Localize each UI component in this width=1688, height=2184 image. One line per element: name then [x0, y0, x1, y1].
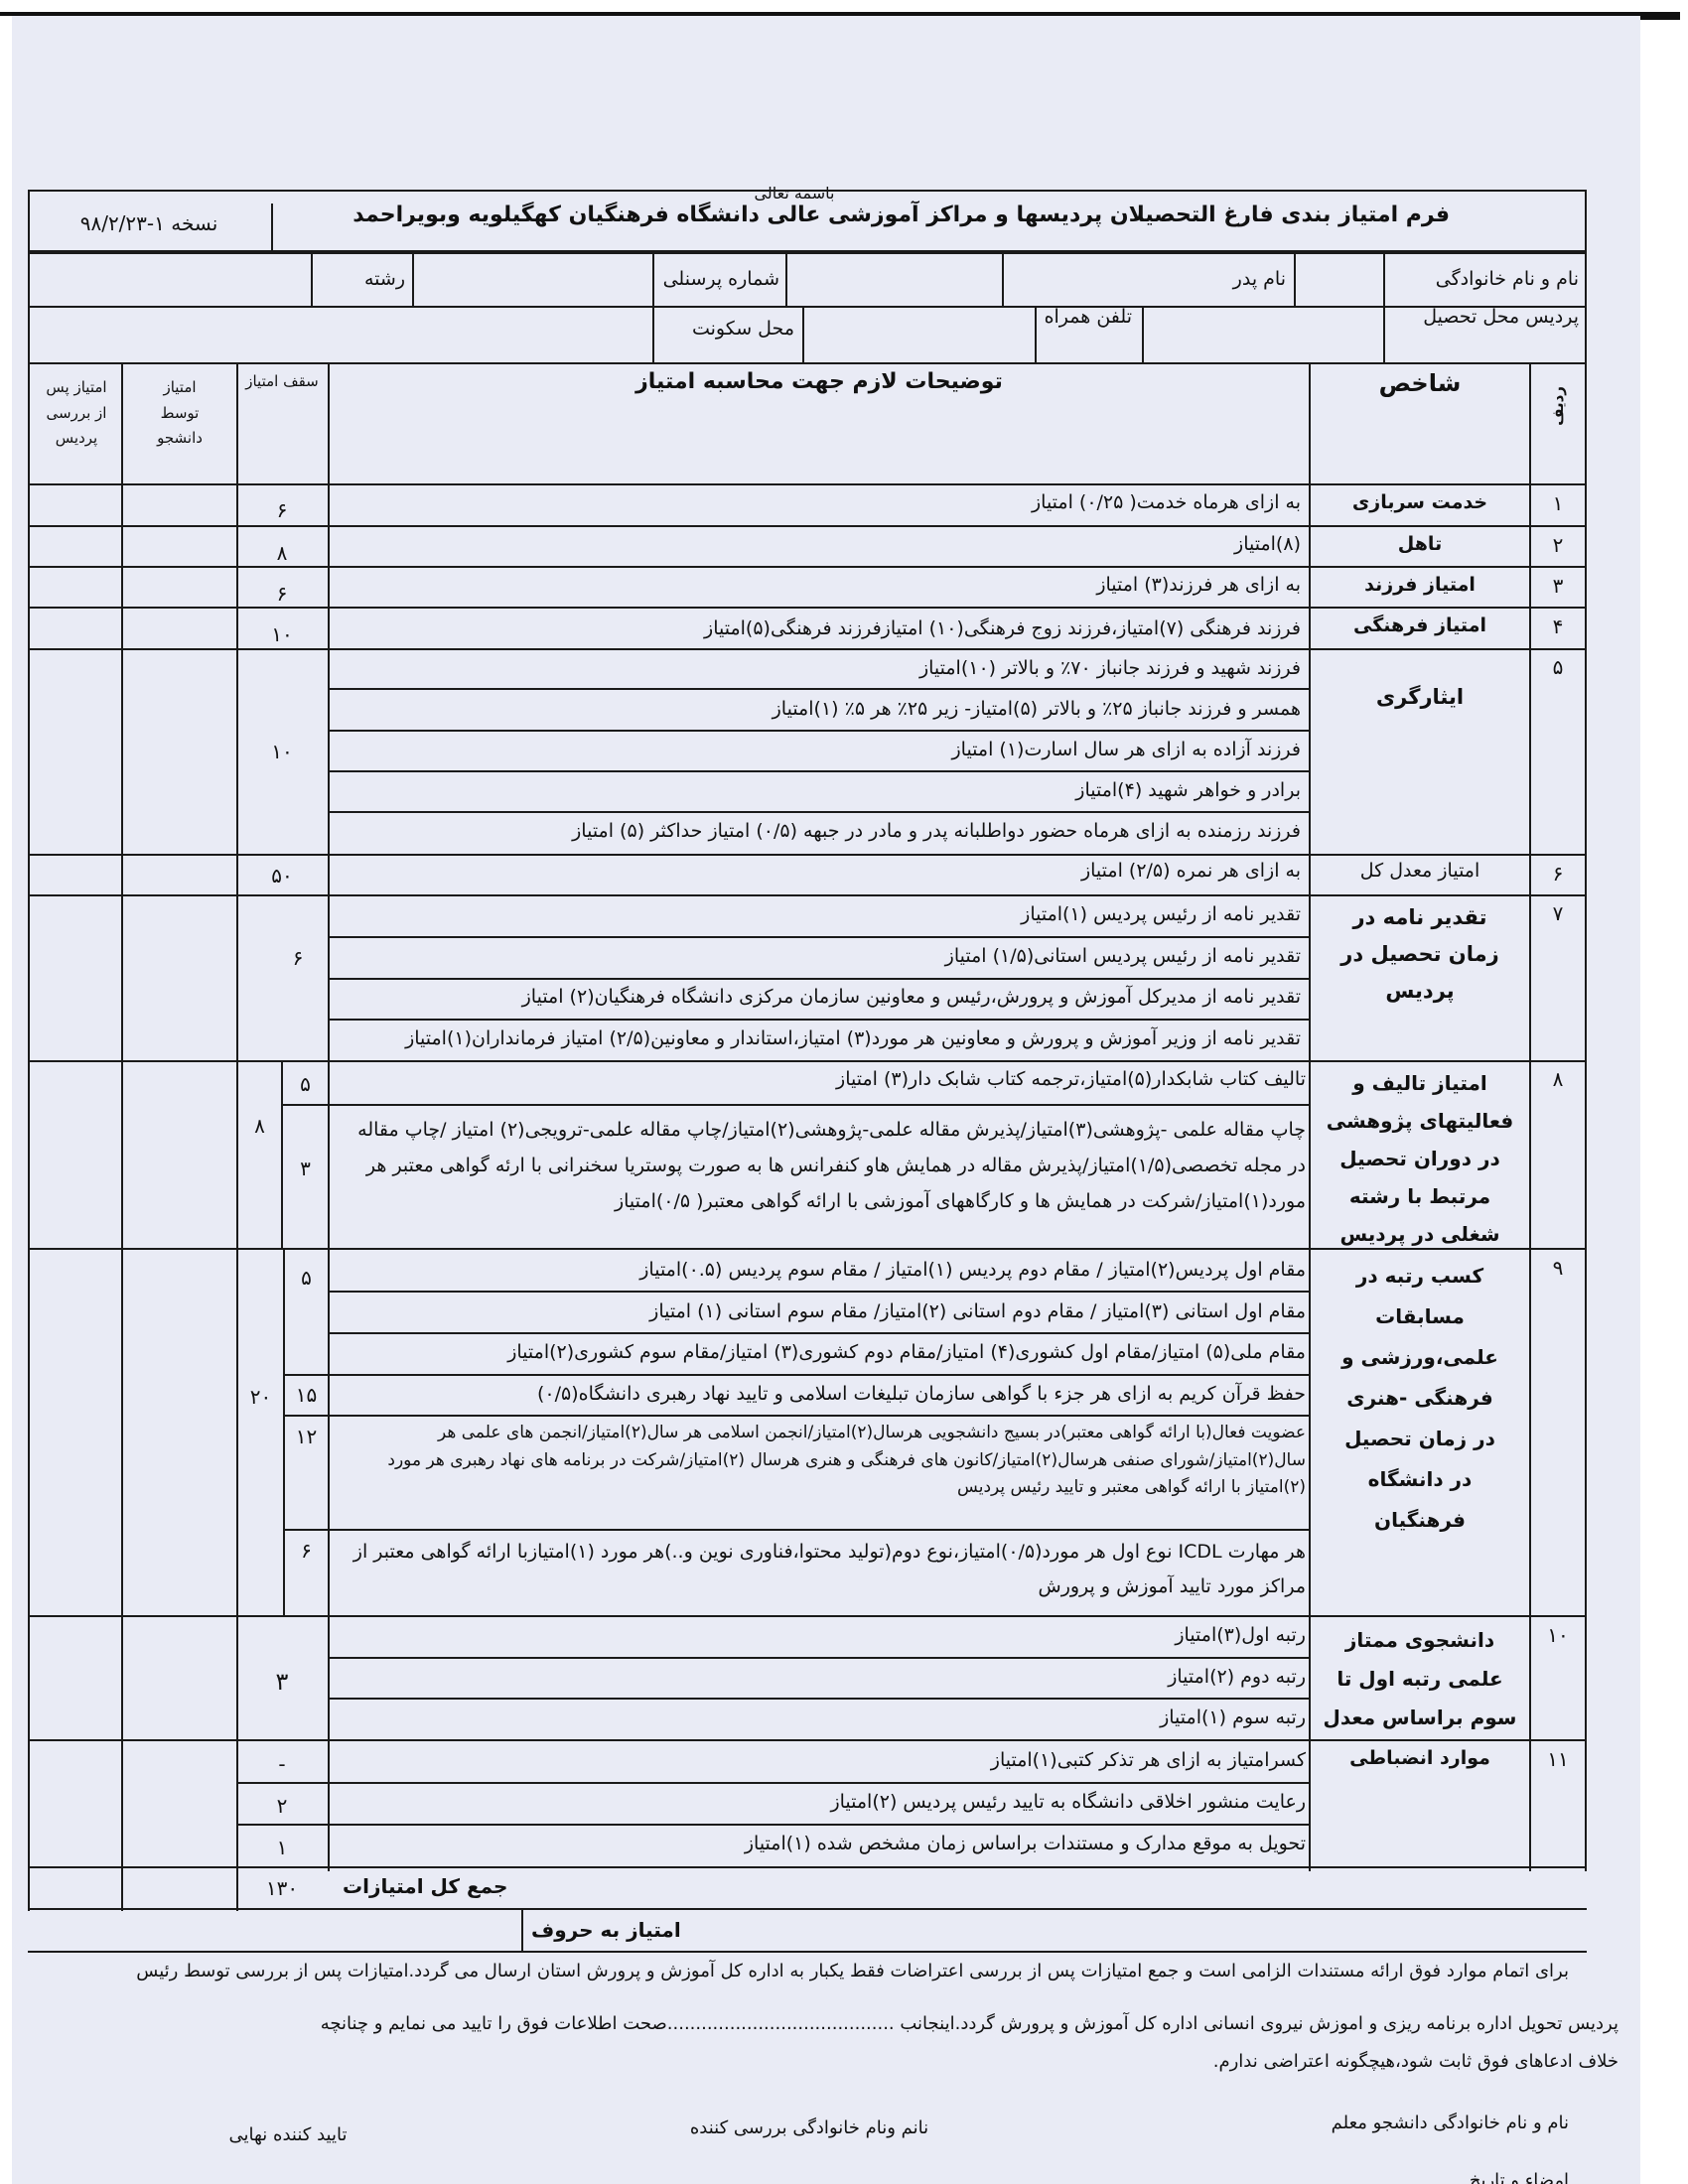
- row-9-sub-max-4: ۱۵: [285, 1383, 328, 1407]
- row-5-desc-1: فرزند شهید و فرزند جانباز ۷۰٪ و بالاتر (…: [338, 657, 1301, 680]
- row-5-desc-2: همسر و فرزند جانباز ۲۵٪ و بالاتر (۵)امتی…: [338, 698, 1301, 721]
- row-7-campus-score[interactable]: [32, 901, 119, 1055]
- row-1-campus-score[interactable]: [32, 491, 119, 521]
- row-1-student-score[interactable]: [125, 491, 232, 521]
- row-6-indicator: امتیاز معدل کل: [1311, 860, 1529, 883]
- row-6-campus-score[interactable]: [32, 860, 119, 889]
- total-student-score[interactable]: [125, 1871, 232, 1903]
- row-5-desc-5: فرزند رزمنده به ازای هرماه حضور دواطلبان…: [338, 820, 1301, 843]
- row-9-indicator: کسب رتبه در مسابقات علمی،ورزشی و فرهنگی …: [1336, 1256, 1504, 1541]
- row-10-indicator: دانشجوی ممتاز علمی رتبه اول تا سوم براسا…: [1321, 1621, 1519, 1737]
- footer-note-1: برای اتمام موارد فوق ارائه مستندات الزام…: [40, 1961, 1618, 1982]
- row-7-student-score[interactable]: [125, 901, 232, 1055]
- row-8-desc-2: چاپ مقاله علمی -پژوهشی(۳)امتیاز/پذیرش مق…: [338, 1112, 1306, 1219]
- label-mobile: تلفن همراه: [1043, 306, 1132, 329]
- header-max-score: سقف امتیاز: [238, 372, 326, 390]
- row-10-no: ۱۰: [1531, 1623, 1585, 1647]
- row-9-desc-3: مقام ملی(۵) امتیاز/مقام اول کشوری(۴) امت…: [338, 1341, 1306, 1364]
- row-4-desc: فرزند فرهنگی (۷)امتیاز،فرزند زوج فرهنگی(…: [338, 617, 1301, 640]
- row-5-campus-score[interactable]: [32, 655, 119, 849]
- row-3-campus-score[interactable]: [32, 574, 119, 604]
- row-2-max: ۸: [238, 541, 326, 565]
- total-label: جمع کل امتیازات: [343, 1874, 640, 1898]
- row-7-desc-3: تقدیر نامه از مدیرکل آموزش و پرورش،رئیس …: [338, 986, 1301, 1009]
- row-11-desc-2: رعایت منشور اخلاقی دانشگاه به تایید رئیس…: [338, 1791, 1306, 1814]
- footer-note-2: پردیس تحویل اداره برنامه ریزی و اموزش نی…: [40, 2013, 1618, 2035]
- row-7-max: ۶: [268, 946, 328, 970]
- total-campus-score[interactable]: [32, 1871, 119, 1903]
- form-version: نسخه ۱-۹۸/۲/۲۳: [30, 211, 268, 235]
- row-5-max: ۱۰: [238, 740, 326, 763]
- row-9-desc-1: مقام اول پردیس(۲)امتیاز / مقام دوم پردیس…: [338, 1259, 1306, 1282]
- row-7-desc-2: تقدیر نامه از رئیس پردیس استانی(۱/۵) امت…: [338, 945, 1301, 968]
- signature-student: نام و نام خانوادگی دانشجو معلم: [1172, 2113, 1569, 2134]
- row-8-campus-score[interactable]: [32, 1067, 119, 1244]
- row-11-indicator: موارد انضباطی: [1311, 1747, 1529, 1770]
- row-9-desc-4: حفظ قرآن کریم به ازای هر جزء با گواهی سا…: [338, 1383, 1306, 1406]
- form-title: فرم امتیاز بندی فارغ التحصیلان پردیسها و…: [288, 203, 1450, 228]
- row-9-no: ۹: [1531, 1256, 1585, 1280]
- label-field-of-study: رشته: [316, 268, 405, 291]
- signature-reviewer: نانم ونام خانوادگی بررسی کننده: [635, 2117, 983, 2139]
- row-11-sub-max-2: ۲: [238, 1794, 326, 1818]
- row-11-sub-max-3: ۱: [238, 1836, 326, 1859]
- header-description: توضیحات لازم جهت محاسبه امتیاز: [338, 369, 1301, 395]
- score-in-words-field[interactable]: [35, 1914, 516, 1948]
- label-personnel-number: شماره پرسنلی: [655, 268, 779, 291]
- signature-date: امضاء و تاریخ: [1271, 2170, 1569, 2184]
- row-6-desc: به ازای هر نمره (۲/۵) امتیاز: [338, 860, 1301, 883]
- row-7-desc-1: تقدیر نامه از رئیس پردیس (۱)امتیاز: [338, 903, 1301, 926]
- row-1-max: ۶: [238, 498, 326, 522]
- row-1-indicator: خدمت سربازی: [1311, 491, 1529, 514]
- row-2-no: ۲: [1531, 533, 1585, 557]
- row-8-indicator: امتیاز تالیف و فعالیتهای پژوهشی در دوران…: [1326, 1064, 1514, 1253]
- row-9-sub-max-6: ۶: [285, 1539, 328, 1563]
- row-10-desc-2: رتبه دوم (۲)امتیاز: [338, 1666, 1306, 1689]
- scan-edge-corner: [1640, 12, 1680, 20]
- row-5-no: ۵: [1531, 655, 1585, 679]
- row-9-student-score[interactable]: [125, 1253, 232, 1610]
- row-6-student-score[interactable]: [125, 860, 232, 889]
- signature-final-approver: تایید کننده نهایی: [179, 2124, 397, 2146]
- label-father-name: نام پدر: [1003, 268, 1286, 291]
- row-6-no: ۶: [1531, 862, 1585, 886]
- row-2-student-score[interactable]: [125, 533, 232, 563]
- header-row-no: ردیف: [1549, 382, 1567, 430]
- row-4-max: ۱۰: [238, 622, 326, 646]
- score-in-words-label: امتیاز به حروف: [531, 1918, 730, 1942]
- row-4-indicator: امتیاز فرهنگی: [1311, 614, 1529, 637]
- row-5-indicator: ایثارگری: [1311, 685, 1529, 710]
- row-8-desc-1: تالیف کتاب شابکدار(۵)امتیاز،ترجمه کتاب ش…: [338, 1068, 1306, 1091]
- row-10-desc-3: رتبه سوم (۱)امتیاز: [338, 1706, 1306, 1729]
- row-3-no: ۳: [1531, 574, 1585, 598]
- header-campus-score: امتیاز پس از بررسی پردیس: [32, 375, 121, 452]
- row-11-desc-1: کسرامتیاز به ازای هر تذکر کتبی(۱)امتیاز: [338, 1749, 1306, 1772]
- row-10-student-score[interactable]: [125, 1620, 232, 1734]
- row-2-campus-score[interactable]: [32, 533, 119, 563]
- row-10-campus-score[interactable]: [32, 1620, 119, 1734]
- row-5-desc-3: فرزند آزاده به ازای هر سال اسارت(۱) امتی…: [338, 739, 1301, 761]
- row-3-max: ۶: [238, 582, 326, 606]
- row-6-max: ۵۰: [238, 864, 326, 887]
- row-5-desc-4: برادر و خواهر شهید (۴)امتیاز: [338, 779, 1301, 802]
- footer-note-3: خلاف ادعاهای فوق ثابت شود،هیچگونه اعتراض…: [40, 2051, 1618, 2073]
- row-2-indicator: تاهل: [1311, 533, 1529, 556]
- row-8-sub-max-2: ۳: [283, 1157, 328, 1180]
- row-7-desc-4: تقدیر نامه از وزیر آموزش و پرورش و معاون…: [338, 1027, 1301, 1050]
- row-3-student-score[interactable]: [125, 574, 232, 604]
- row-8-sub-max-1: ۵: [283, 1072, 328, 1096]
- row-3-desc: به ازای هر فرزند(۳) امتیاز: [338, 574, 1301, 597]
- row-11-student-score[interactable]: [125, 1744, 232, 1861]
- row-7-indicator: تقدیر نامه در زمان تحصیل در پردیس: [1331, 899, 1509, 1009]
- row-9-campus-score[interactable]: [32, 1253, 119, 1610]
- label-residence: محل سکونت: [660, 318, 794, 341]
- label-full-name: نام و نام خانوادگی: [1390, 268, 1579, 291]
- row-1-desc: به ازای هرماه خدمت( ۰/۲۵) امتیاز: [338, 491, 1301, 514]
- row-7-no: ۷: [1531, 901, 1585, 925]
- total-max: ۱۳۰: [238, 1876, 326, 1900]
- row-2-desc: (۸)امتیاز: [338, 533, 1301, 556]
- row-11-sub-max-1: -: [238, 1752, 326, 1776]
- row-4-student-score[interactable]: [125, 614, 232, 644]
- row-1-no: ۱: [1531, 491, 1585, 515]
- row-3-indicator: امتیاز فرزند: [1311, 574, 1529, 597]
- label-campus: پردیس محل تحصیل: [1390, 306, 1579, 329]
- row-4-no: ۴: [1531, 614, 1585, 638]
- header-student-score: امتیاز توسط دانشجو: [125, 375, 234, 452]
- row-10-desc-1: رتبه اول(۳)امتیاز: [338, 1624, 1306, 1647]
- row-9-desc-2: مقام اول استانی (۳)امتیاز / مقام دوم است…: [338, 1300, 1306, 1323]
- row-4-campus-score[interactable]: [32, 614, 119, 644]
- row-8-max: ۸: [238, 1114, 281, 1138]
- row-11-no: ۱۱: [1531, 1747, 1585, 1771]
- row-11-desc-3: تحویل به موقع مدارک و مستندات براساس زما…: [338, 1833, 1306, 1855]
- row-9-desc-6: هر مهارت ICDL نوع اول هر مورد(۰/۵)امتیاز…: [338, 1535, 1306, 1604]
- row-8-student-score[interactable]: [125, 1067, 232, 1244]
- row-9-sub-max-1: ۵: [285, 1266, 328, 1290]
- row-11-campus-score[interactable]: [32, 1744, 119, 1861]
- row-5-student-score[interactable]: [125, 655, 232, 849]
- row-10-max: ۳: [238, 1668, 326, 1697]
- row-8-no: ۸: [1531, 1067, 1585, 1091]
- row-9-desc-5: عضویت فعال(با ارائه گواهی معتبر)در بسیج …: [338, 1420, 1306, 1502]
- header-indicator: شاخص: [1321, 369, 1519, 398]
- row-9-max: ۲۰: [238, 1385, 283, 1409]
- row-9-sub-max-5: ۱۲: [285, 1425, 328, 1448]
